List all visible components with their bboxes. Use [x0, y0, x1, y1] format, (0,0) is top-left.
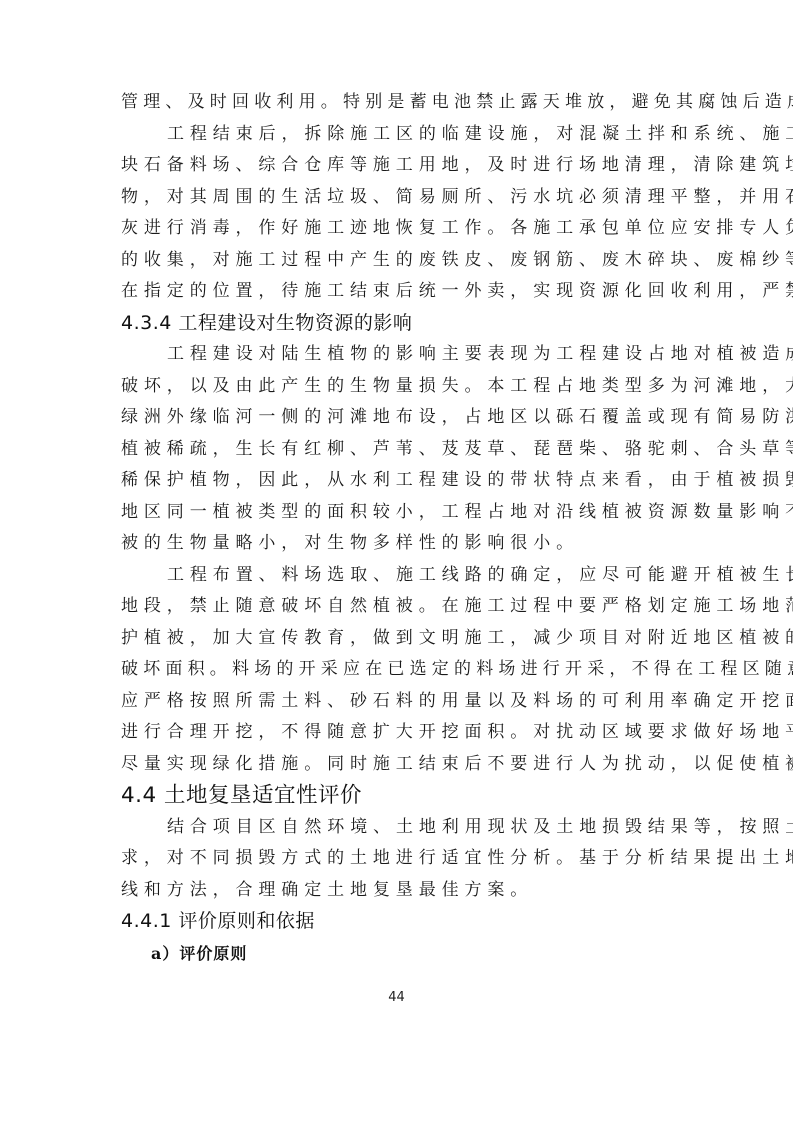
paragraph-line: 植被稀疏，生长有红柳、芦苇、芨芨草、琵琶柴、骆驼刺、合头草等，未发现珍: [121, 434, 673, 466]
paragraph-line: 物，对其周围的生活垃圾、简易厕所、污水坑必须清理平整，并用石炭酸、生石: [121, 182, 673, 214]
paragraph-line: 工程结束后，拆除施工区的临建设施，对混凝土拌和系统、施工机械停放场、: [121, 119, 673, 151]
page-number: 44: [0, 990, 793, 1005]
paragraph-line: 灰进行消毒，作好施工迹地恢复工作。各施工承包单位应安排专人负责生产废料: [121, 213, 673, 245]
paragraph-line: 地段，禁止随意破坏自然植被。在施工过程中要严格划定施工场地范围，注意保: [121, 591, 673, 623]
paragraph-line: 块石备料场、综合仓库等施工用地，及时进行场地清理，清除建筑垃圾及各种杂: [121, 150, 673, 182]
paragraph-line: 进行合理开挖，不得随意扩大开挖面积。对扰动区域要求做好场地平整和碾压，: [121, 717, 673, 749]
paragraph-line: 被的生物量略小，对生物多样性的影响很小。: [121, 528, 673, 560]
paragraph-line: 线和方法，合理确定土地复垦最佳方案。: [121, 875, 673, 907]
page-content: 管理、及时回收利用。特别是蓄电池禁止露天堆放，避免其腐蚀后造成污染影响。 工程结…: [121, 87, 673, 969]
paragraph-line: 工程建设对陆生植物的影响主要表现为工程建设占地对植被造成的一次性: [121, 339, 673, 371]
paragraph-line: 的收集，对施工过程中产生的废铁皮、废钢筋、废木碎块、废棉纱等应集中堆放: [121, 245, 673, 277]
paragraph-line: 破坏面积。料场的开采应在已选定的料场进行开采，不得在工程区随意挖取土料，: [121, 654, 673, 686]
paragraph-line: 尽量实现绿化措施。同时施工结束后不要进行人为扰动，以促使植被自然恢复。: [121, 749, 673, 781]
paragraph-line: 求，对不同损毁方式的土地进行适宜性分析。基于分析结果提出土地复垦技术路: [121, 843, 673, 875]
section-heading-4-3-4: 4.3.4 工程建设对生物资源的影响: [121, 308, 673, 340]
document-page: 管理、及时回收利用。特别是蓄电池禁止露天堆放，避免其腐蚀后造成污染影响。 工程结…: [0, 0, 793, 1122]
paragraph-line: 结合项目区自然环境、土地利用现状及土地损毁结果等，按照土地复垦的要: [121, 812, 673, 844]
paragraph-line: 工程布置、料场选取、施工线路的确定，应尽可能避开植被生长相对良好的: [121, 560, 673, 592]
subsection-heading-a: a）评价原则: [121, 938, 673, 970]
paragraph-line: 应严格按照所需土料、砂石料的用量以及料场的可利用率确定开挖面积、深度，: [121, 686, 673, 718]
paragraph-line: 管理、及时回收利用。特别是蓄电池禁止露天堆放，避免其腐蚀后造成污染影响。: [121, 87, 673, 119]
paragraph-line: 绿洲外缘临河一侧的河滩地布设，占地区以砾石覆盖或现有简易防洪设施为主，: [121, 402, 673, 434]
section-heading-4-4-1: 4.4.1 评价原则和依据: [121, 906, 673, 938]
paragraph-line: 地区同一植被类型的面积较小，工程占地对沿线植被资源数量影响不大，沿线植: [121, 497, 673, 529]
paragraph-line: 在指定的位置，待施工结束后统一外卖，实现资源化回收利用，严禁乱堆乱放。: [121, 276, 673, 308]
paragraph-line: 稀保护植物，因此，从水利工程建设的带状特点来看，由于植被损毁面积占沿线: [121, 465, 673, 497]
paragraph-line: 护植被，加大宣传教育，做到文明施工，减少项目对附近地区植被的破坏，减少: [121, 623, 673, 655]
paragraph-line: 破坏，以及由此产生的生物量损失。本工程占地类型多为河滩地，大部分工程沿: [121, 371, 673, 403]
section-heading-4-4: 4.4 土地复垦适宜性评价: [121, 780, 673, 812]
